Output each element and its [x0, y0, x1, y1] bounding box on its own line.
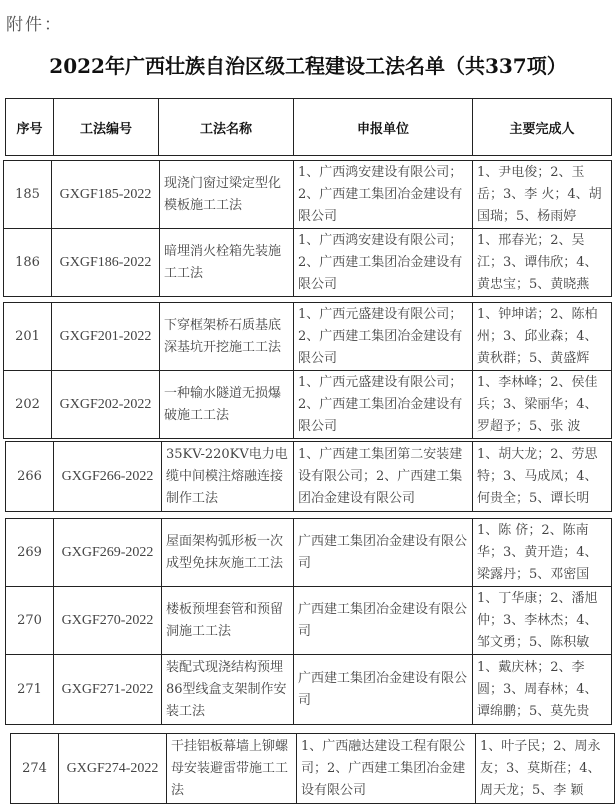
cell-serial: 186	[4, 229, 52, 297]
table-row: 270 GXGF270-2022 楼板预埋套管和预留洞施工工法 广西建工集团冶金…	[6, 587, 612, 655]
cell-serial: 269	[6, 519, 54, 587]
table-row: 271 GXGF271-2022 装配式现浇结构预埋86型线盒支架制作安装工法 …	[6, 655, 612, 725]
cell-name: 干挂铝板幕墙上铆螺母安装避雷带施工工法	[167, 734, 297, 804]
cell-people: 1、钟坤诺；2、陈柏州；3、邱业森；4、黄秋群；5、黄盛辉	[473, 303, 612, 371]
cell-code: GXGF266-2022	[54, 442, 162, 512]
cell-name: 一种输水隧道无损爆破施工工法	[160, 371, 294, 439]
table-row: 202 GXGF202-2022 一种输水隧道无损爆破施工工法 1、广西元盛建设…	[4, 371, 612, 439]
cell-serial: 185	[4, 161, 52, 229]
document-title: 2022年广西壮族自治区级工程建设工法名单（共337项）	[0, 50, 616, 79]
header-table: 序号 工法编号 工法名称 申报单位 主要完成人	[5, 98, 612, 156]
cell-name: 35KV-220KV电力电缆中间模注熔融连接制作工法	[162, 442, 294, 512]
cell-unit: 1、广西融达建设工程有限公司；2、广西建工集团冶金建设有限公司	[297, 734, 476, 804]
cell-serial: 202	[4, 371, 52, 439]
table-row: 186 GXGF186-2022 暗埋消火栓箱先装施工工法 1、广西鸿安建设有限…	[4, 229, 612, 297]
cell-unit: 1、广西元盛建设有限公司；2、广西建工集团冶金建设有限公司	[294, 303, 473, 371]
table-row: 185 GXGF185-2022 现浇门窗过梁定型化模板施工工法 1、广西鸿安建…	[4, 161, 612, 229]
table-row: 266 GXGF266-2022 35KV-220KV电力电缆中间模注熔融连接制…	[6, 442, 612, 512]
cell-unit: 1、广西元盛建设有限公司；2、广西建工集团冶金建设有限公司	[294, 371, 473, 439]
cell-name: 暗埋消火栓箱先装施工工法	[160, 229, 294, 297]
cell-people: 1、叶子民；2、周永友；3、莫斯荏；4、周天龙；5、李 颖	[476, 734, 615, 804]
cell-name: 现浇门窗过梁定型化模板施工工法	[160, 161, 294, 229]
cell-unit: 广西建工集团冶金建设有限公司	[294, 587, 473, 655]
table-row: 274 GXGF274-2022 干挂铝板幕墙上铆螺母安装避雷带施工工法 1、广…	[11, 734, 615, 804]
cell-people: 1、丁华康；2、潘旭仲；3、李林杰；4、邹文勇；5、陈积敏	[473, 587, 612, 655]
cell-unit: 广西建工集团冶金建设有限公司	[294, 655, 473, 725]
cell-code: GXGF186-2022	[52, 229, 160, 297]
cell-name: 屋面架构弧形板一次成型免抹灰施工工法	[162, 519, 294, 587]
cell-people: 1、尹电俊；2、玉 岳；3、李 火；4、胡国瑞；5、杨雨婷	[473, 161, 612, 229]
cell-serial: 271	[6, 655, 54, 725]
cell-unit: 广西建工集团冶金建设有限公司	[294, 519, 473, 587]
cell-serial: 266	[6, 442, 54, 512]
cell-serial: 270	[6, 587, 54, 655]
table-block-4: 269 GXGF269-2022 屋面架构弧形板一次成型免抹灰施工工法 广西建工…	[5, 518, 612, 725]
header-serial: 序号	[6, 99, 54, 156]
header-name: 工法名称	[159, 99, 294, 156]
cell-code: GXGF270-2022	[54, 587, 162, 655]
cell-code: GXGF201-2022	[52, 303, 160, 371]
cell-code: GXGF185-2022	[52, 161, 160, 229]
header-unit: 申报单位	[294, 99, 473, 156]
cell-unit: 1、广西建工集团第二安装建设有限公司；2、广西建工集团冶金建设有限公司	[294, 442, 473, 512]
table-row: 269 GXGF269-2022 屋面架构弧形板一次成型免抹灰施工工法 广西建工…	[6, 519, 612, 587]
cell-people: 1、戴庆林；2、李 圆；3、周春林；4、谭绵鹏；5、莫先贵	[473, 655, 612, 725]
table-block-2: 201 GXGF201-2022 下穿框架桥石质基底深基坑开挖施工工法 1、广西…	[3, 302, 612, 439]
cell-code: GXGF274-2022	[59, 734, 167, 804]
table-row: 201 GXGF201-2022 下穿框架桥石质基底深基坑开挖施工工法 1、广西…	[4, 303, 612, 371]
cell-serial: 201	[4, 303, 52, 371]
cell-name: 下穿框架桥石质基底深基坑开挖施工工法	[160, 303, 294, 371]
cell-people: 1、陈 侪；2、陈南华；3、黄开造；4、梁露丹；5、邓密国	[473, 519, 612, 587]
header-people: 主要完成人	[473, 99, 612, 156]
table-block-1: 185 GXGF185-2022 现浇门窗过梁定型化模板施工工法 1、广西鸿安建…	[3, 160, 612, 297]
table-block-5: 274 GXGF274-2022 干挂铝板幕墙上铆螺母安装避雷带施工工法 1、广…	[10, 733, 615, 804]
cell-name: 装配式现浇结构预埋86型线盒支架制作安装工法	[162, 655, 294, 725]
cell-serial: 274	[11, 734, 59, 804]
cell-name: 楼板预埋套管和预留洞施工工法	[162, 587, 294, 655]
cell-code: GXGF202-2022	[52, 371, 160, 439]
table-block-3: 266 GXGF266-2022 35KV-220KV电力电缆中间模注熔融连接制…	[5, 441, 612, 512]
attachment-label: 附件：	[6, 10, 63, 35]
cell-people: 1、胡大龙；2、劳思特；3、马成凤；4、何贵全；5、谭长明	[473, 442, 612, 512]
cell-people: 1、李林峰；2、侯佳兵；3、梁丽华；4、罗超予；5、张 波	[473, 371, 612, 439]
header-code: 工法编号	[54, 99, 159, 156]
cell-unit: 1、广西鸿安建设有限公司；2、广西建工集团冶金建设有限公司	[294, 229, 473, 297]
cell-code: GXGF269-2022	[54, 519, 162, 587]
cell-people: 1、邢春光；2、吴 江；3、谭伟欣；4、黄忠宝；5、黄晓燕	[473, 229, 612, 297]
cell-code: GXGF271-2022	[54, 655, 162, 725]
cell-unit: 1、广西鸿安建设有限公司；2、广西建工集团冶金建设有限公司	[294, 161, 473, 229]
